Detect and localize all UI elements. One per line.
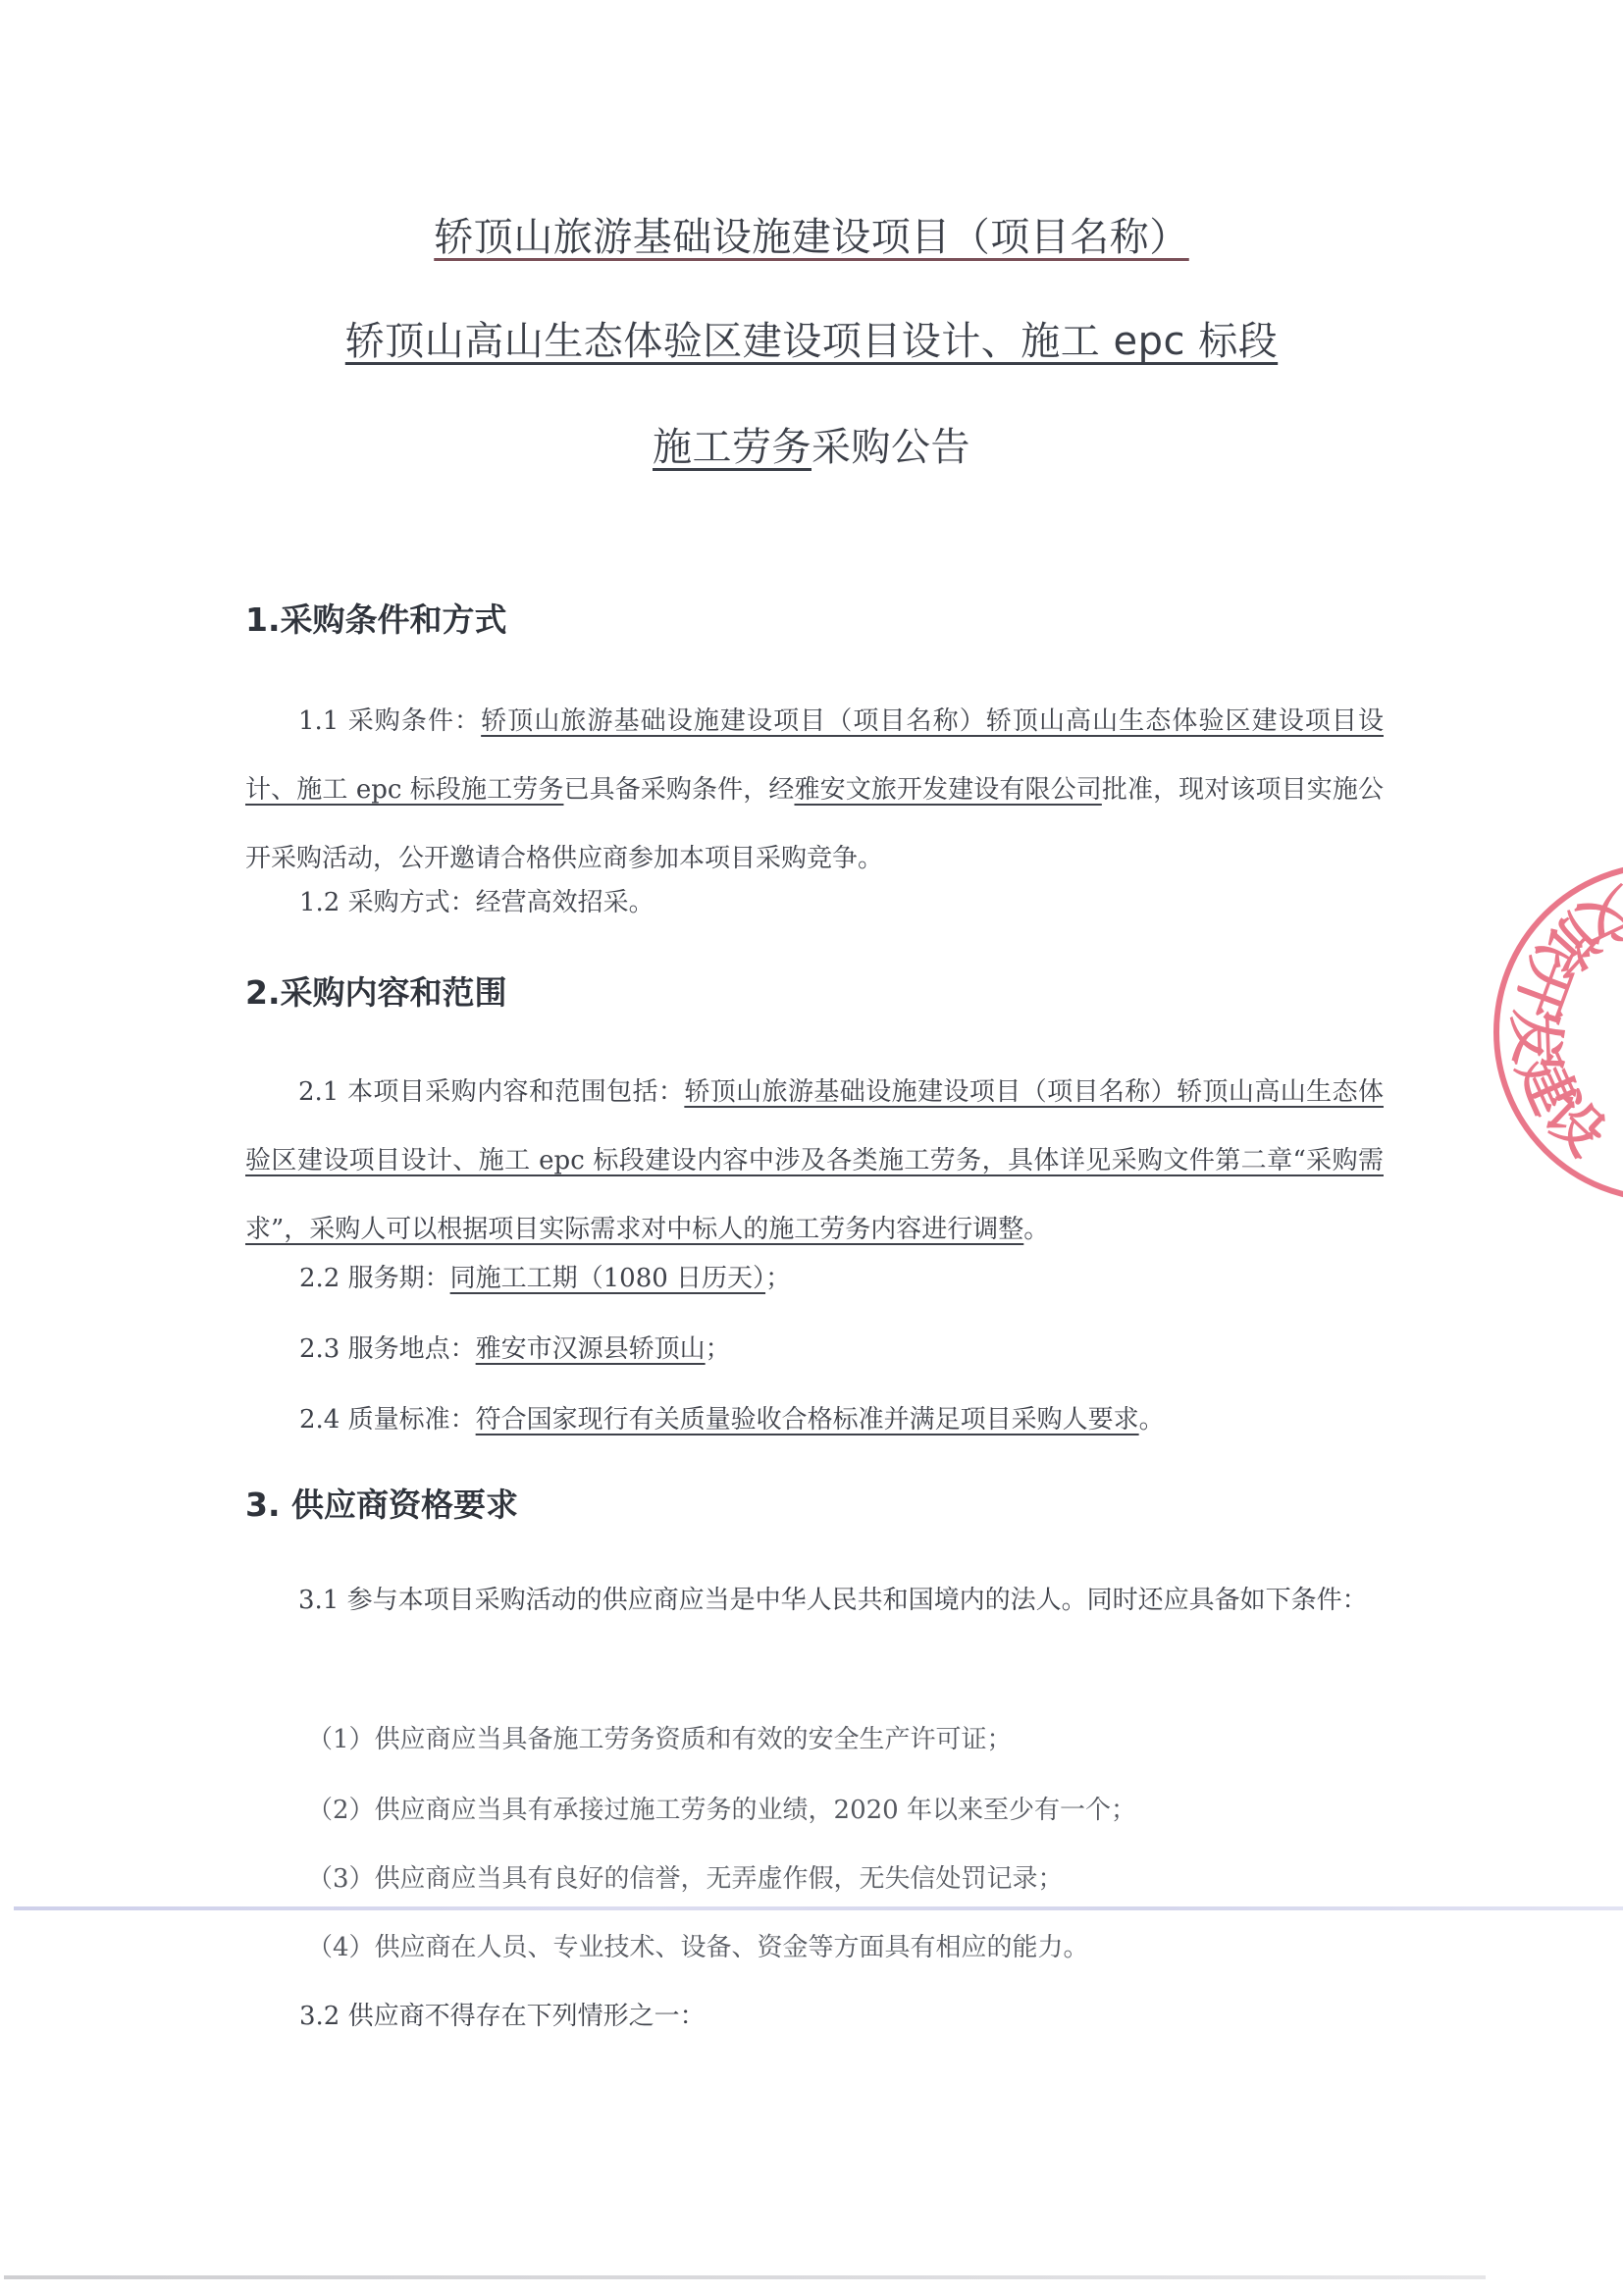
- paragraph-1-1: 1.1 采购条件：轿顶山旅游基础设施建设项目（项目名称）轿顶山高山生态体验区建设…: [245, 687, 1384, 893]
- para-1-1-company: 雅安文旅开发建设有限公司: [794, 775, 1101, 805]
- paragraph-3-1: 3.1 参与本项目采购活动的供应商应当是中华人民共和国境内的法人。同时还应具备如…: [245, 1566, 1384, 1635]
- title-line-2: 轿顶山高山生态体验区建设项目设计、施工 epc 标段: [0, 314, 1623, 369]
- condition-3: （3）供应商应当具有良好的信誉，无弄虚作假，无失信处罚记录；: [307, 1859, 1064, 1899]
- condition-1: （1）供应商应当具备施工劳务资质和有效的安全生产许可证；: [307, 1720, 1013, 1759]
- condition-2: （2）供应商应当具有承接过施工劳务的业绩，2020 年以来至少有一个；: [307, 1791, 1136, 1830]
- paragraph-1-2: 1.2 采购方式：经营高效招采。: [299, 883, 654, 922]
- quality-standard-value: 符合国家现行有关质量验收合格标准并满足项目采购人要求: [476, 1405, 1139, 1435]
- company-seal-icon: 文旅开发建设: [1477, 846, 1623, 1219]
- paragraph-2-4: 2.4 质量标准：符合国家现行有关质量验收合格标准并满足项目采购人要求。: [299, 1400, 1165, 1439]
- para-2-4-suffix: 。: [1139, 1405, 1165, 1435]
- scan-artifact-line-bottom: [4, 2275, 1486, 2279]
- title-underlined-part: 施工劳务: [653, 425, 811, 470]
- document-page: 轿顶山旅游基础设施建设项目（项目名称） 轿顶山高山生态体验区建设项目设计、施工 …: [0, 0, 1623, 2296]
- para-2-3-prefix: 2.3 服务地点：: [299, 1334, 476, 1364]
- para-2-1-suffix: 。: [1023, 1215, 1049, 1244]
- para-1-1-mid: 已具备采购条件，经: [563, 775, 794, 805]
- title-project-name: 轿顶山旅游基础设施建设项目（项目名称）: [434, 215, 1189, 260]
- para-2-1-prefix: 2.1 本项目采购内容和范围包括：: [298, 1077, 684, 1107]
- title-line-1: 轿顶山旅游基础设施建设项目（项目名称）: [0, 210, 1623, 265]
- title-line-3: 施工劳务采购公告: [0, 420, 1623, 475]
- para-2-3-suffix: ；: [706, 1334, 731, 1364]
- service-period-value: 同施工工期（1080 日历天）: [450, 1264, 765, 1293]
- section-1-heading: 1.采购条件和方式: [245, 599, 507, 642]
- condition-4: （4）供应商在人员、专业技术、设备、资金等方面具有相应的能力。: [307, 1928, 1089, 1967]
- paragraph-2-1: 2.1 本项目采购内容和范围包括：轿顶山旅游基础设施建设项目（项目名称）轿顶山高…: [245, 1058, 1384, 1264]
- seal-text: 文旅开发建设: [1501, 874, 1623, 1168]
- svg-text:文旅开发建设: 文旅开发建设: [1501, 874, 1623, 1168]
- para-2-2-prefix: 2.2 服务期：: [299, 1264, 450, 1293]
- paragraph-3-2: 3.2 供应商不得存在下列情形之一：: [299, 1997, 706, 2036]
- scan-artifact-line: [14, 1906, 1623, 1910]
- para-1-1-prefix: 1.1 采购条件：: [298, 706, 481, 736]
- section-2-heading: 2.采购内容和范围: [245, 971, 507, 1015]
- para-2-2-suffix: ；: [765, 1264, 791, 1293]
- paragraph-2-2: 2.2 服务期：同施工工期（1080 日历天）；: [299, 1259, 791, 1298]
- service-location-value: 雅安市汉源县轿顶山: [476, 1334, 706, 1364]
- para-2-4-prefix: 2.4 质量标准：: [299, 1405, 476, 1435]
- title-section-name: 轿顶山高山生态体验区建设项目设计、施工 epc 标段: [345, 319, 1278, 364]
- paragraph-2-3: 2.3 服务地点：雅安市汉源县轿顶山；: [299, 1330, 731, 1369]
- section-3-heading: 3. 供应商资格要求: [245, 1484, 518, 1527]
- title-rest: 采购公告: [811, 425, 970, 470]
